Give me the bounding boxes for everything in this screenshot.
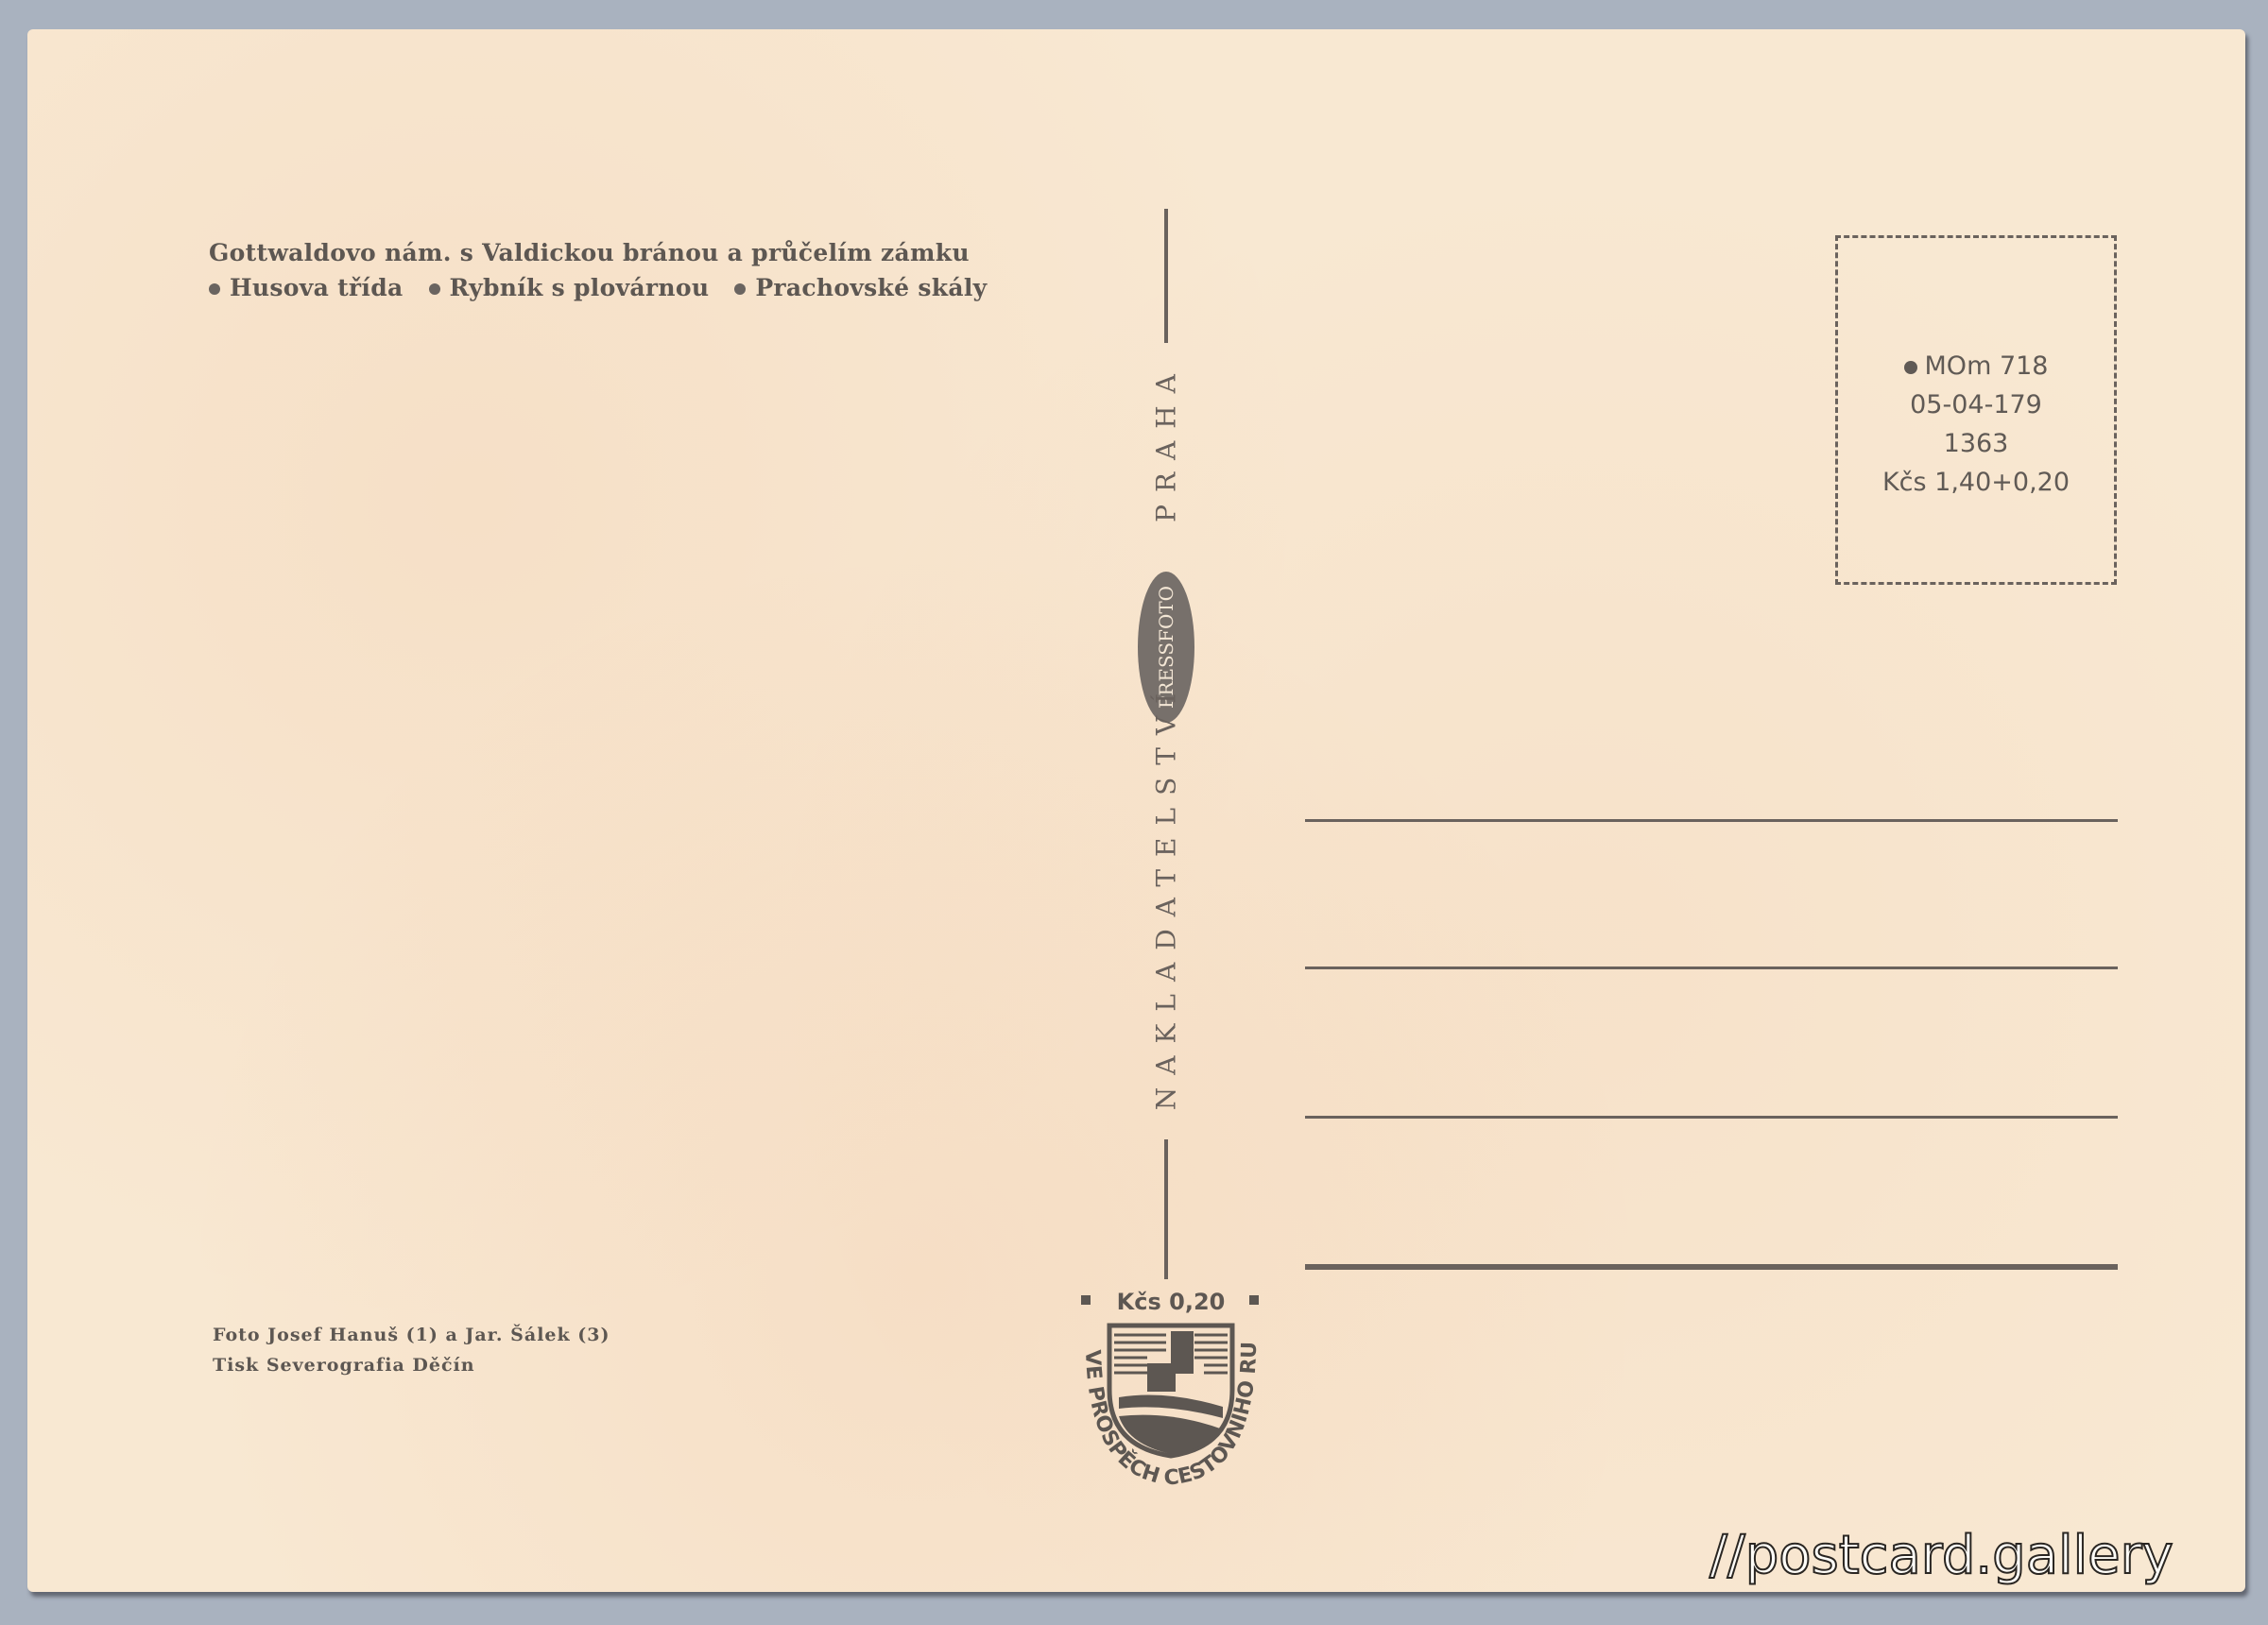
stamp-number: 05-04-179 [1838, 385, 2114, 424]
address-line-4 [1305, 1264, 2118, 1270]
emblem-motto: VE PROSPĚCH CESTOVNÍHO RUCHU [1048, 1276, 1294, 1503]
bullet-icon [1904, 361, 1917, 374]
print-credit: Tisk Severografia Děčín [213, 1350, 610, 1380]
address-line-2 [1305, 966, 2118, 969]
photo-caption: Gottwaldovo nám. s Valdickou bránou a pr… [209, 235, 1069, 305]
stamp-box: MOm 718 05-04-179 1363 Kčs 1,40+0,20 [1835, 235, 2117, 585]
svg-text:VE PROSPĚCH CESTOVNÍHO RUCHU: VE PROSPĚCH CESTOVNÍHO RUCHU [1048, 1276, 1262, 1490]
address-line-1 [1305, 819, 2118, 822]
photo-credit: Foto Josef Hanuš (1) a Jar. Šálek (3) [213, 1320, 610, 1350]
stamp-edition: 1363 [1838, 424, 2114, 463]
stamp-price: Kčs 1,40+0,20 [1838, 463, 2114, 502]
caption-item: Prachovské skály [755, 274, 987, 301]
postcard-back: Gottwaldovo nám. s Valdickou bránou a pr… [27, 29, 2245, 1592]
publisher-name: NAKLADATELSTVÍ [1151, 681, 1182, 1110]
caption-line-1: Gottwaldovo nám. s Valdickou bránou a pr… [209, 239, 970, 266]
travel-emblem: Kčs 0,20 VE PROSPĚCH CESTOVNÍHO RUCHU [1072, 1286, 1270, 1475]
divider-line-top [1164, 209, 1168, 343]
watermark: //postcard.gallery [1710, 1525, 2173, 1586]
bullet-icon [734, 283, 746, 295]
caption-item: Husova třída [230, 274, 403, 301]
divider-line-bottom [1164, 1139, 1168, 1279]
address-line-3 [1305, 1116, 2118, 1119]
bullet-icon [209, 283, 220, 295]
stamp-code: MOm 718 [1925, 351, 2049, 381]
publisher-city: PRAHA [1151, 362, 1182, 522]
credits: Foto Josef Hanuš (1) a Jar. Šálek (3) Ti… [213, 1320, 610, 1380]
bullet-icon [429, 283, 440, 295]
caption-item: Rybník s plovárnou [450, 274, 710, 301]
